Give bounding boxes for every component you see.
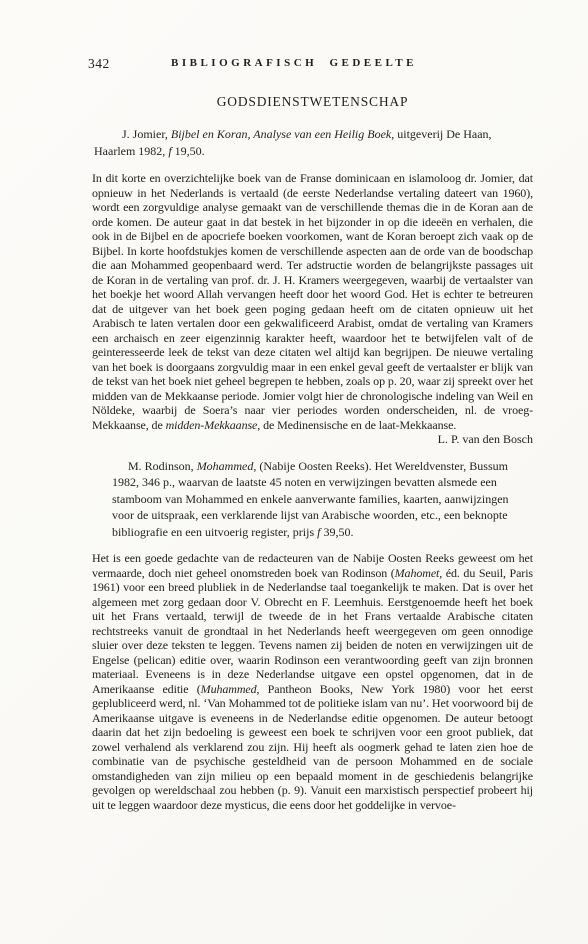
scanned-page: 342 BIBLIOGRAFISCH GEDEELTE GODSDIENSTWE… [0,0,588,944]
citation-rodinson: M. Rodinson, Mohammed, (Nabije Oosten Re… [112,458,533,541]
review-body-rodinson: Het is een goede gedachte van de redacte… [92,551,533,812]
reviewer-signature: L. P. van den Bosch [92,432,533,447]
review-body-jomier: In dit korte en overzichtelijke boek van… [92,171,533,432]
review-jomier: J. Jomier, Bijbel en Koran, Analyse van … [92,126,533,447]
running-header: BIBLIOGRAFISCH GEDEELTE [0,57,588,69]
citation-jomier: J. Jomier, Bijbel en Koran, Analyse van … [94,126,533,159]
page-header: 342 BIBLIOGRAFISCH GEDEELTE [92,56,533,72]
review-rodinson: M. Rodinson, Mohammed, (Nabije Oosten Re… [92,458,533,813]
section-title: GODSDIENSTWETENSCHAP [92,94,533,110]
